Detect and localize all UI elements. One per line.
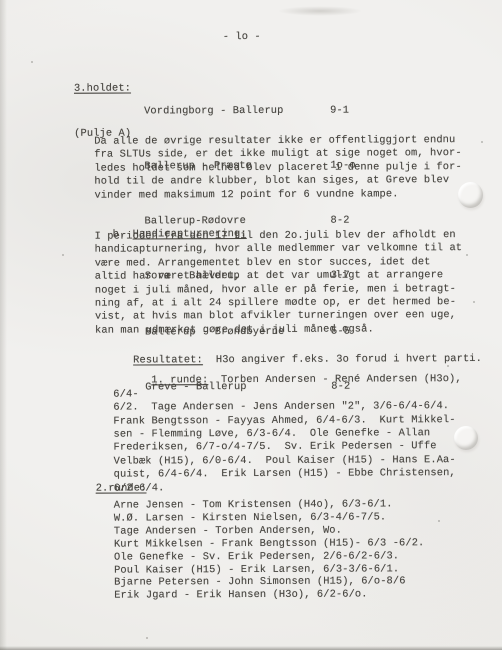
paper-speck: [62, 254, 64, 256]
match-score: 8-2: [331, 215, 350, 228]
page-content: - lo - 3.holdet: (Pulje A) Vordingborg -…: [0, 0, 502, 650]
paper-speck: [481, 141, 483, 143]
paper-speck: [438, 520, 440, 522]
paper-speck: [447, 365, 449, 367]
handicap-paragraph: I perioden fra den 17 til den 2o.juli bl…: [95, 229, 475, 338]
round1-results: Torben Andersen - René Andersen (H3o), 6…: [113, 373, 468, 494]
scan-bottom-edge-shadow: [0, 646, 502, 650]
match-teams: Vordingborg - Ballerup: [144, 104, 283, 118]
scanned-document-page: - lo - 3.holdet: (Pulje A) Vordingborg -…: [0, 0, 502, 650]
round2-label: 2.runde:: [96, 482, 147, 496]
paper-speck: [466, 254, 468, 256]
paper-speck: [31, 61, 33, 63]
round2-results: Arne Jensen - Tom Kristensen (H4o), 6/3-…: [114, 498, 484, 603]
holdet-label: 3.holdet:: [74, 82, 131, 97]
round1-block: 1. runde: Torben Andersen - René Anderse…: [113, 360, 484, 509]
match-row: Vordingborg - Ballerup 9-1: [144, 104, 404, 120]
paper-hole-blob-bottom: [454, 426, 478, 450]
paper-speck: [473, 301, 475, 303]
match-score: 9-1: [330, 104, 349, 117]
paper-hole-blob-top: [458, 182, 483, 208]
paper-speck: [146, 637, 148, 639]
team-results-paragraph: Da alle de øvrige resultater ikke er off…: [94, 134, 474, 203]
page-number: - lo -: [223, 31, 261, 45]
round1-label: 1. runde:: [151, 375, 208, 387]
